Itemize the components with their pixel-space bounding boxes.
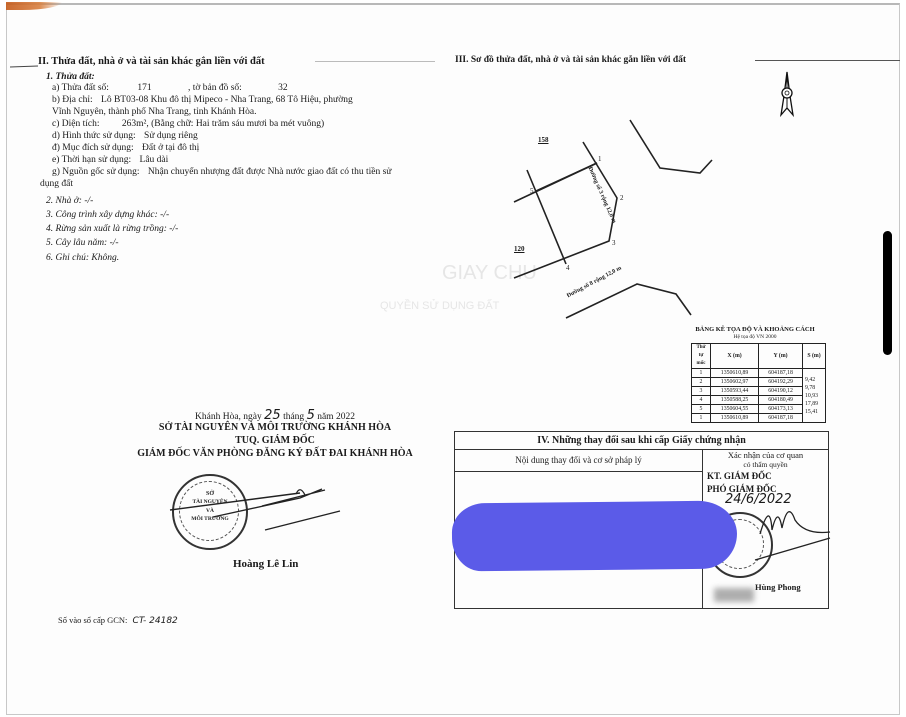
confirmation-signature: [0, 0, 906, 717]
scrollbar-thumb[interactable]: [883, 231, 892, 355]
redaction-blur: [714, 588, 754, 602]
redaction-overlay: [452, 501, 738, 572]
